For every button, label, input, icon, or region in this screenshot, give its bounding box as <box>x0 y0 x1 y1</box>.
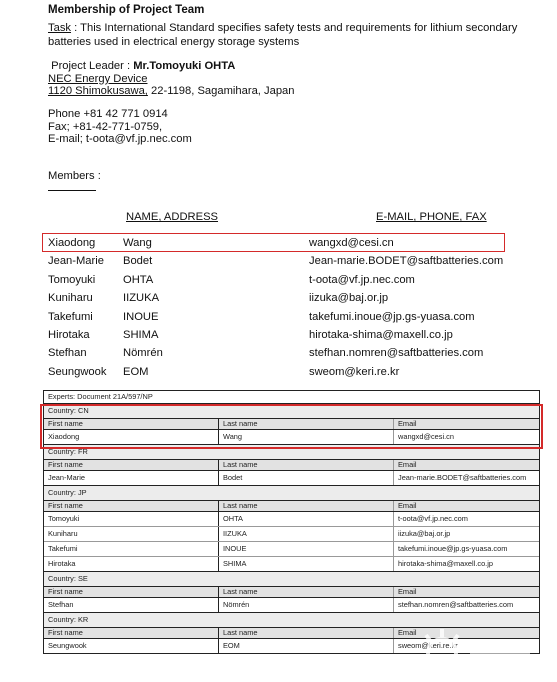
cell-email: takefumi.inoue@jp.gs-yuasa.com <box>394 542 539 556</box>
cell-last: Bodet <box>219 471 394 485</box>
address-rest: 22-1198, Sagamihara, Japan <box>148 85 295 97</box>
column-header-name-address: NAME, ADDRESS <box>126 211 218 223</box>
member-last-name: SHIMA <box>123 329 158 341</box>
phone: Phone +81 42 771 0914 <box>48 108 192 121</box>
address: 1120 Shimokusawa, 22-1198, Sagamihara, J… <box>48 85 295 98</box>
member-first-name: Takefumi <box>48 311 93 323</box>
table-row: TakefumiINOUEtakefumi.inoue@jp.gs-yuasa.… <box>44 542 539 557</box>
member-last-name: Bodet <box>123 255 152 267</box>
member-row: Jean-MarieBodetJean-marie.BODET@saftbatt… <box>48 255 528 273</box>
project-leader-name: Mr.Tomoyuki OHTA <box>133 60 235 72</box>
task-description: Task : This International Standard speci… <box>48 22 543 49</box>
table-header-row: First nameLast nameEmail <box>44 501 539 512</box>
table-row: HirotakaSHIMAhirotaka-shima@maxell.co.jp <box>44 557 539 572</box>
column-header-email: Email <box>394 460 539 470</box>
column-header-last: Last name <box>219 501 394 511</box>
member-email: hirotaka-shima@maxell.co.jp <box>309 329 453 341</box>
cell-last: EOM <box>219 639 394 653</box>
column-header-first: First name <box>44 460 219 470</box>
address-street: 1120 Shimokusawa, <box>48 85 148 97</box>
cell-email: stefhan.nomren@saftbatteries.com <box>394 598 539 612</box>
table-caption: Experts: Document 21A/597/NP <box>44 391 539 404</box>
column-header-email: Email <box>394 587 539 597</box>
member-email: takefumi.inoue@jp.gs-yuasa.com <box>309 311 475 323</box>
column-header-email: Email <box>394 501 539 511</box>
members-label: Members : <box>48 170 101 182</box>
member-row: StefhanNömrénstefhan.nomren@saftbatterie… <box>48 347 528 365</box>
table-row: Jean-MarieBodetJean-marie.BODET@saftbatt… <box>44 471 539 486</box>
document-title: Membership of Project Team <box>48 4 204 16</box>
cell-first: Tomoyuki <box>44 512 219 526</box>
column-header-first: First name <box>44 501 219 511</box>
highlight-box <box>42 233 505 252</box>
table-row: StefhanNömrénstefhan.nomren@saftbatterie… <box>44 598 539 613</box>
column-header-last: Last name <box>219 460 394 470</box>
cell-first: Stefhan <box>44 598 219 612</box>
member-row: HirotakaSHIMAhirotaka-shima@maxell.co.jp <box>48 329 528 347</box>
table-row: TomoyukiOHTAt-oota@vf.jp.nec.com <box>44 512 539 527</box>
cell-email: hirotaka-shima@maxell.co.jp <box>394 557 539 571</box>
table-row: KuniharuIIZUKAiizuka@baj.or.jp <box>44 527 539 542</box>
column-header-first: First name <box>44 587 219 597</box>
member-first-name: Hirotaka <box>48 329 90 341</box>
country-row: Country: SE <box>44 572 539 587</box>
fax: Fax; +81-42-771-0759, <box>48 121 192 134</box>
table-header-row: First nameLast nameEmail <box>44 587 539 598</box>
cell-first: Kuniharu <box>44 527 219 541</box>
column-header-first: First name <box>44 628 219 638</box>
cell-email: Jean-marie.BODET@saftbatteries.com <box>394 471 539 485</box>
task-text: : This International Standard specifies … <box>48 22 517 48</box>
member-email: stefhan.nomren@saftbatteries.com <box>309 347 483 359</box>
divider <box>48 190 96 191</box>
member-first-name: Jean-Marie <box>48 255 104 267</box>
member-email: sweom@keri.re.kr <box>309 366 399 378</box>
highlight-box <box>40 404 543 449</box>
member-email: Jean-marie.BODET@saftbatteries.com <box>309 255 503 267</box>
cell-email: iizuka@baj.or.jp <box>394 527 539 541</box>
column-header-email-phone-fax: E-MAIL, PHONE, FAX <box>376 211 487 223</box>
member-first-name: Tomoyuki <box>48 274 95 286</box>
member-first-name: Kuniharu <box>48 292 93 304</box>
cell-last: OHTA <box>219 512 394 526</box>
member-row: KuniharuIIZUKAiizuka@baj.or.jp <box>48 292 528 310</box>
column-header-last: Last name <box>219 628 394 638</box>
member-row: TakefumiINOUEtakefumi.inoue@jp.gs-yuasa.… <box>48 311 528 329</box>
member-row: SeungwookEOMsweom@keri.re.kr <box>48 366 528 384</box>
column-header-last: Last name <box>219 587 394 597</box>
member-last-name: INOUE <box>123 311 158 323</box>
email: E-mail; t-oota@vf.jp.nec.com <box>48 133 192 146</box>
cell-last: Nömrén <box>219 598 394 612</box>
member-last-name: OHTA <box>123 274 153 286</box>
member-last-name: IIZUKA <box>123 292 159 304</box>
cell-first: Hirotaka <box>44 557 219 571</box>
member-row: TomoyukiOHTAt-oota@vf.jp.nec.com <box>48 274 528 292</box>
cell-first: Seungwook <box>44 639 219 653</box>
member-email: t-oota@vf.jp.nec.com <box>309 274 415 286</box>
country-row: Country: JP <box>44 486 539 501</box>
table-header-row: First nameLast nameEmail <box>44 460 539 471</box>
cell-last: IIZUKA <box>219 527 394 541</box>
member-email: iizuka@baj.or.jp <box>309 292 388 304</box>
cell-last: SHIMA <box>219 557 394 571</box>
organization: NEC Energy Device <box>48 73 295 86</box>
cell-first: Jean-Marie <box>44 471 219 485</box>
contact-block: Phone +81 42 771 0914 Fax; +81-42-771-07… <box>48 108 192 146</box>
cell-last: INOUE <box>219 542 394 556</box>
member-last-name: Nömrén <box>123 347 163 359</box>
watermark-icon <box>420 625 540 675</box>
cell-email: t-oota@vf.jp.nec.com <box>394 512 539 526</box>
member-first-name: Stefhan <box>48 347 87 359</box>
member-last-name: EOM <box>123 366 148 378</box>
member-first-name: Seungwook <box>48 366 106 378</box>
task-label: Task <box>48 22 71 34</box>
cell-first: Takefumi <box>44 542 219 556</box>
project-leader-label: Project Leader : <box>51 60 133 72</box>
project-leader-block: Project Leader : Mr.Tomoyuki OHTA NEC En… <box>48 60 295 98</box>
